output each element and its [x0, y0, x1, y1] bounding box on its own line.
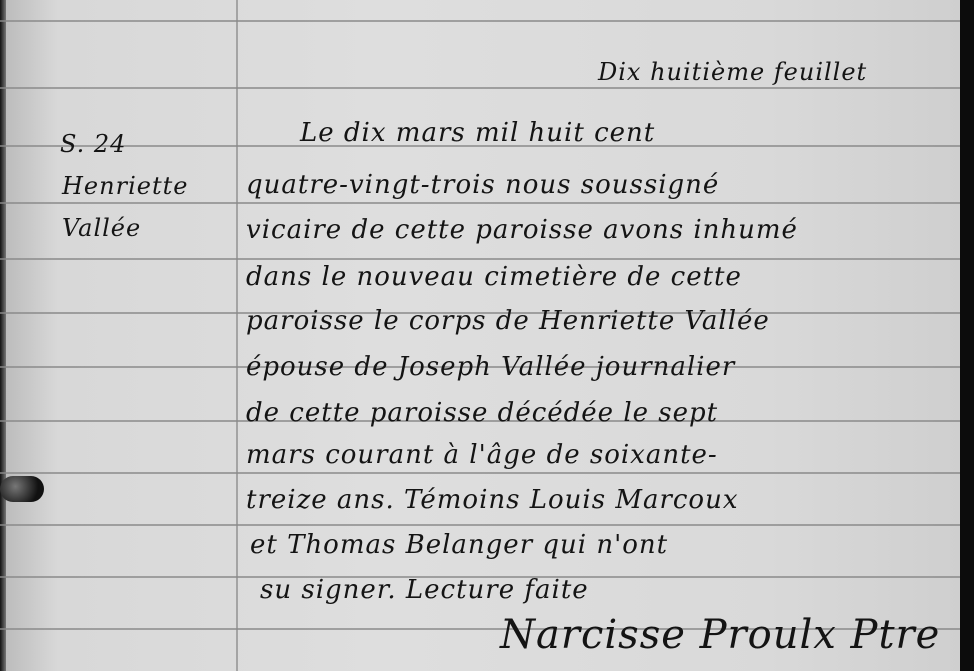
ruled-line: [0, 524, 960, 526]
register-page: Dix huitième feuillet S. 24 Henriette Va…: [0, 0, 960, 671]
margin-surname: Vallée: [62, 214, 141, 242]
body-line: épouse de Joseph Vallée journalier: [246, 352, 735, 382]
body-line: su signer. Lecture faite: [260, 575, 589, 605]
margin-first-name: Henriette: [62, 172, 188, 200]
page-left-shadow: [0, 0, 6, 671]
ruled-line: [0, 202, 960, 204]
ruled-line: [0, 87, 960, 89]
body-line: et Thomas Belanger qui n'ont: [250, 530, 668, 560]
body-line: treize ans. Témoins Louis Marcoux: [246, 485, 739, 515]
body-line: mars courant à l'âge de soixante-: [246, 440, 718, 470]
body-line: paroisse le corps de Henriette Vallée: [246, 306, 770, 336]
priest-signature: Narcisse Proulx Ptre: [500, 612, 940, 658]
body-line: de cette paroisse décédée le sept: [246, 398, 718, 428]
page-right-edge: [960, 0, 974, 671]
binder-ring: [0, 476, 44, 502]
ruled-line: [0, 472, 960, 474]
folio-heading: Dix huitième feuillet: [598, 58, 867, 86]
body-line: dans le nouveau cimetière de cette: [246, 262, 742, 292]
body-line: quatre-vingt-trois nous soussigné: [246, 170, 719, 200]
ruled-line: [0, 20, 960, 22]
ruled-line: [0, 258, 960, 260]
margin-rule: [236, 0, 238, 671]
body-line: vicaire de cette paroisse avons inhumé: [246, 215, 798, 245]
margin-entry-code: S. 24: [60, 130, 126, 158]
body-line: Le dix mars mil huit cent: [300, 118, 655, 148]
